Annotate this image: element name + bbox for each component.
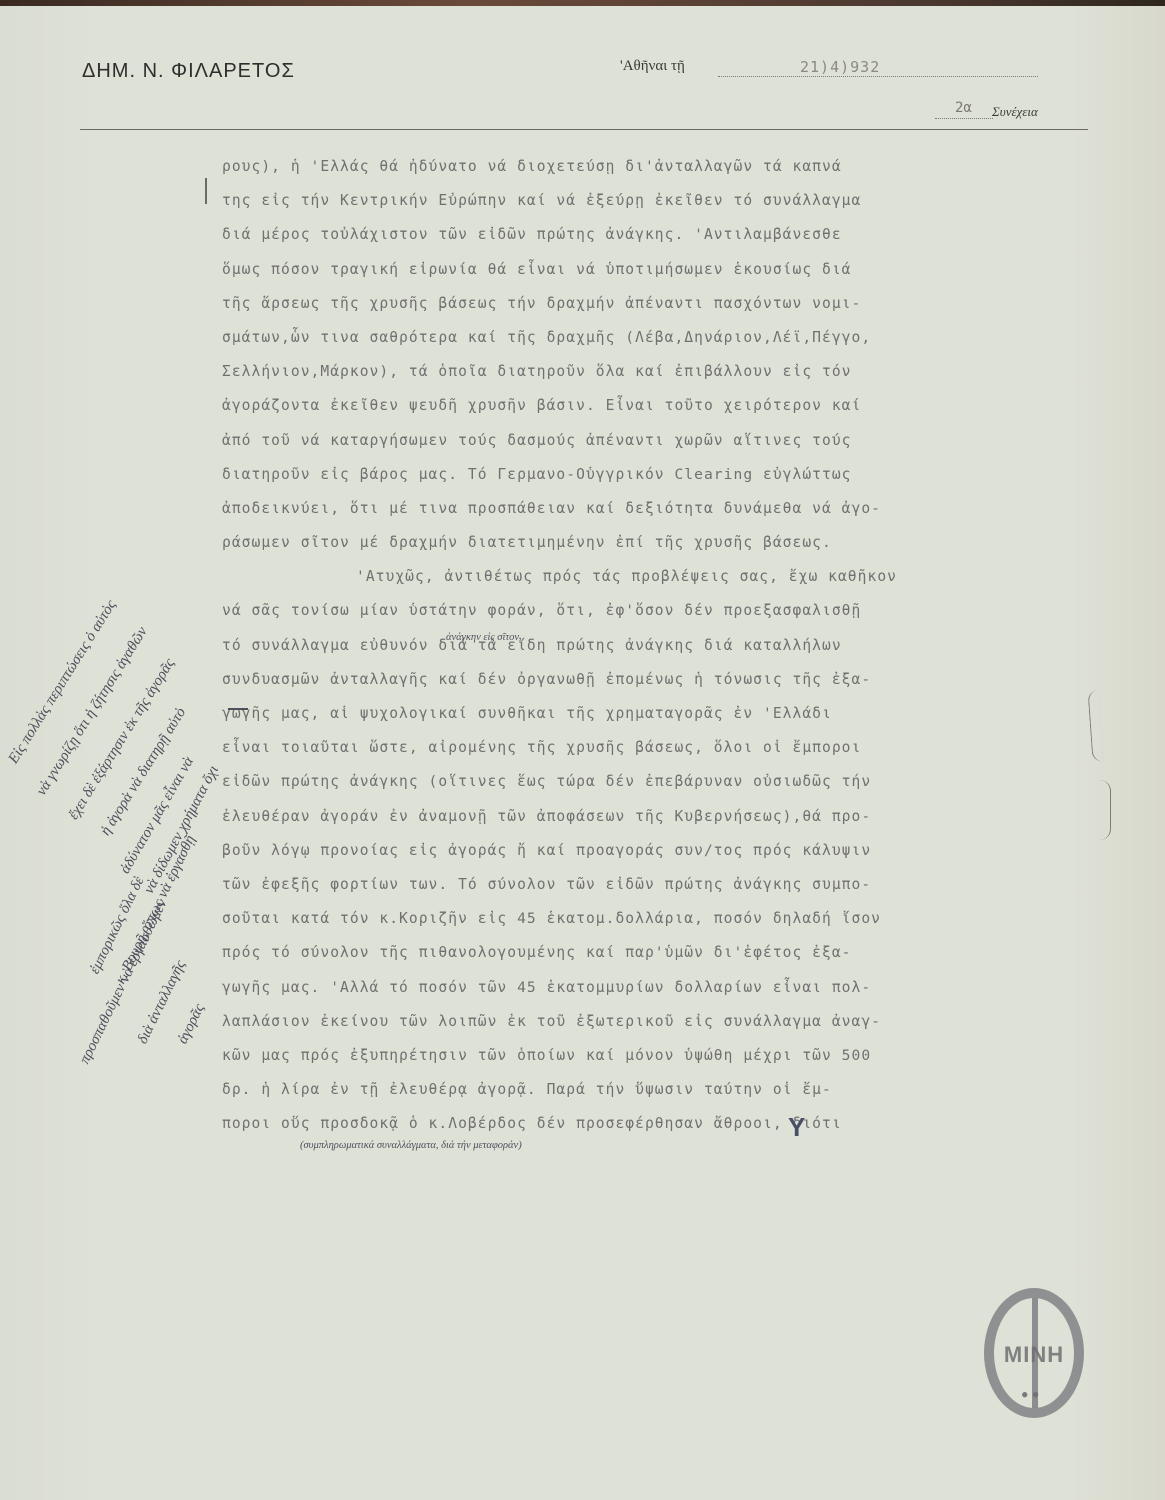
body-line: τῆς ἄρσεως τῆς χρυσῆς βάσεως τήν δραχμήν… — [222, 287, 1102, 321]
body-line: εἶναι τοιαῦται ὥστε, αἰρομένης τῆς χρυσῆ… — [222, 731, 1102, 765]
continuation-dotted-line — [935, 118, 993, 119]
body-line: ἀποδεικνύει, ὅτι μέ τινα προσπάθειαν καί… — [222, 492, 1102, 526]
body-line: νά σᾶς τονίσω μίαν ὑστάτην φοράν, ὅτι, ἐ… — [222, 594, 1102, 628]
margin-bar-mark — [205, 178, 207, 204]
body-line: Σελλήνιον,Μάρκον), τά ὁποῖα διατηροῦν ὅλ… — [222, 355, 1102, 389]
document-page: ΔΗΜ. Ν. ΦΙΛΑΡΕΤΟΣ 'Αθῆναι τῇ 21)4)932 2α… — [0, 0, 1165, 1500]
margin-bracket-mark — [1100, 780, 1111, 840]
body-line: γωγῆς μας, αἱ ψυχολογικαί συνθῆκαι τῆς χ… — [222, 697, 1102, 731]
body-line: δρ. ἡ λίρα ἐν τῇ ἐλευθέρᾳ ἀγορᾷ. Παρά τή… — [222, 1073, 1102, 1107]
margin-note-line: ἀγορᾶς — [175, 1001, 209, 1047]
header-divider — [80, 129, 1088, 130]
stamp-dots: ● ● — [1022, 1390, 1038, 1400]
body-line: ὅμως πόσον τραγική εἰρωνία θά εἶναι νά ὑ… — [222, 253, 1102, 287]
body-line-paragraph-start: 'Ατυχῶς, ἀντιθέτως πρός τάς προβλέψεις σ… — [222, 560, 1102, 594]
handwritten-margin-note: Εἰς πολλὰς περιπτώσεις ὁ αὐτὸς νὰ γνωρίζ… — [20, 560, 320, 1040]
body-line: γωγῆς μας. 'Αλλά τό ποσόν τῶν 45 ἑκατομμ… — [222, 971, 1102, 1005]
archive-stamp: ΜΙΝΗ ● ● — [984, 1288, 1084, 1418]
body-line: σμάτων,ὧν τινα σαθρότερα καί τῆς δραχμῆς… — [222, 321, 1102, 355]
body-line: κῶν μας πρός ἐξυπηρέτησιν τῶν ὁποίων καί… — [222, 1039, 1102, 1073]
body-line: ἐλευθέραν ἀγοράν ἐν ἀναμονῇ τῶν ἀποφάσεω… — [222, 800, 1102, 834]
body-line: εἰδῶν πρώτης ἀνάγκης (οἵτινες ἕως τώρα δ… — [222, 765, 1102, 799]
body-line: λαπλάσιον ἐκείνου τῶν λοιπῶν ἐκ τοῦ ἐξωτ… — [222, 1005, 1102, 1039]
document-date: 21)4)932 — [800, 58, 880, 76]
body-line: πρός τό σύνολον τῆς πιθανολογουμένης καί… — [222, 936, 1102, 970]
date-dotted-line — [718, 76, 1038, 77]
body-line: σοῦται κατά τόν κ.Κοριζῆν εἰς 45 ἑκατομ.… — [222, 902, 1102, 936]
body-line: ἀπό τοῦ νά καταργήσωμεν τούς δασμούς ἀπέ… — [222, 424, 1102, 458]
letterhead-name: ΔΗΜ. Ν. ΦΙΛΑΡΕΤΟΣ — [82, 60, 295, 83]
page-continuation-label: Συνέχεια — [992, 104, 1038, 120]
body-line: τῶν ἐφεξῆς φορτίων των. Τό σύνολον τῶν ε… — [222, 868, 1102, 902]
handwritten-y-mark: Y — [788, 1112, 805, 1143]
body-line: βοῦν λόγῳ προνοίας εἰς ἀγοράς ἤ καί προα… — [222, 834, 1102, 868]
body-line: διατηροῦν εἰς βάρος μας. Τό Γερμανο-Οὑγγ… — [222, 458, 1102, 492]
stamp-text: ΜΙΝΗ — [998, 1342, 1070, 1368]
body-line: διά μέρος τοὐλάχιστον τῶν εἰδῶν πρώτης ἀ… — [222, 218, 1102, 252]
scan-top-edge — [0, 0, 1165, 6]
place-date-label: 'Αθῆναι τῇ — [620, 58, 685, 75]
handwritten-interlinear-note: ἀνάγκην εἰς σῖτον — [446, 632, 519, 643]
body-line: ράσωμεν σῖτον μέ δραχμήν διατετιμημένην … — [222, 526, 1102, 560]
page-continuation-number: 2α — [955, 100, 972, 116]
body-line: της εἰς τήν Κεντρικήν Εὐρώπην καί νά ἐξε… — [222, 184, 1102, 218]
body-line: ρους), ἡ 'Ελλάς θά ἠδύνατο νά διοχετεύσῃ… — [222, 150, 1102, 184]
body-line: συνδυασμῶν ἀνταλλαγῆς καί δέν ὀργανωθῇ ἐ… — [222, 663, 1102, 697]
body-line: ἀγοράζοντα ἐκεῖθεν ψευδῆ χρυσῆν βάσιν. Ε… — [222, 389, 1102, 423]
handwritten-interlinear-note: (συμπληρωματικά συναλλάγματα, διά τήν με… — [300, 1140, 522, 1151]
body-line: τό συνάλλαγμα εὐθυνόν διά τά εἴδη πρώτης… — [222, 629, 1102, 663]
body-line: ποροι οὕς προσδοκᾷ ὁ κ.Λοβέρδος δέν προσ… — [222, 1107, 1102, 1141]
typewritten-body: ρους), ἡ 'Ελλάς θά ἠδύνατο νά διοχετεύσῃ… — [222, 150, 1102, 1141]
